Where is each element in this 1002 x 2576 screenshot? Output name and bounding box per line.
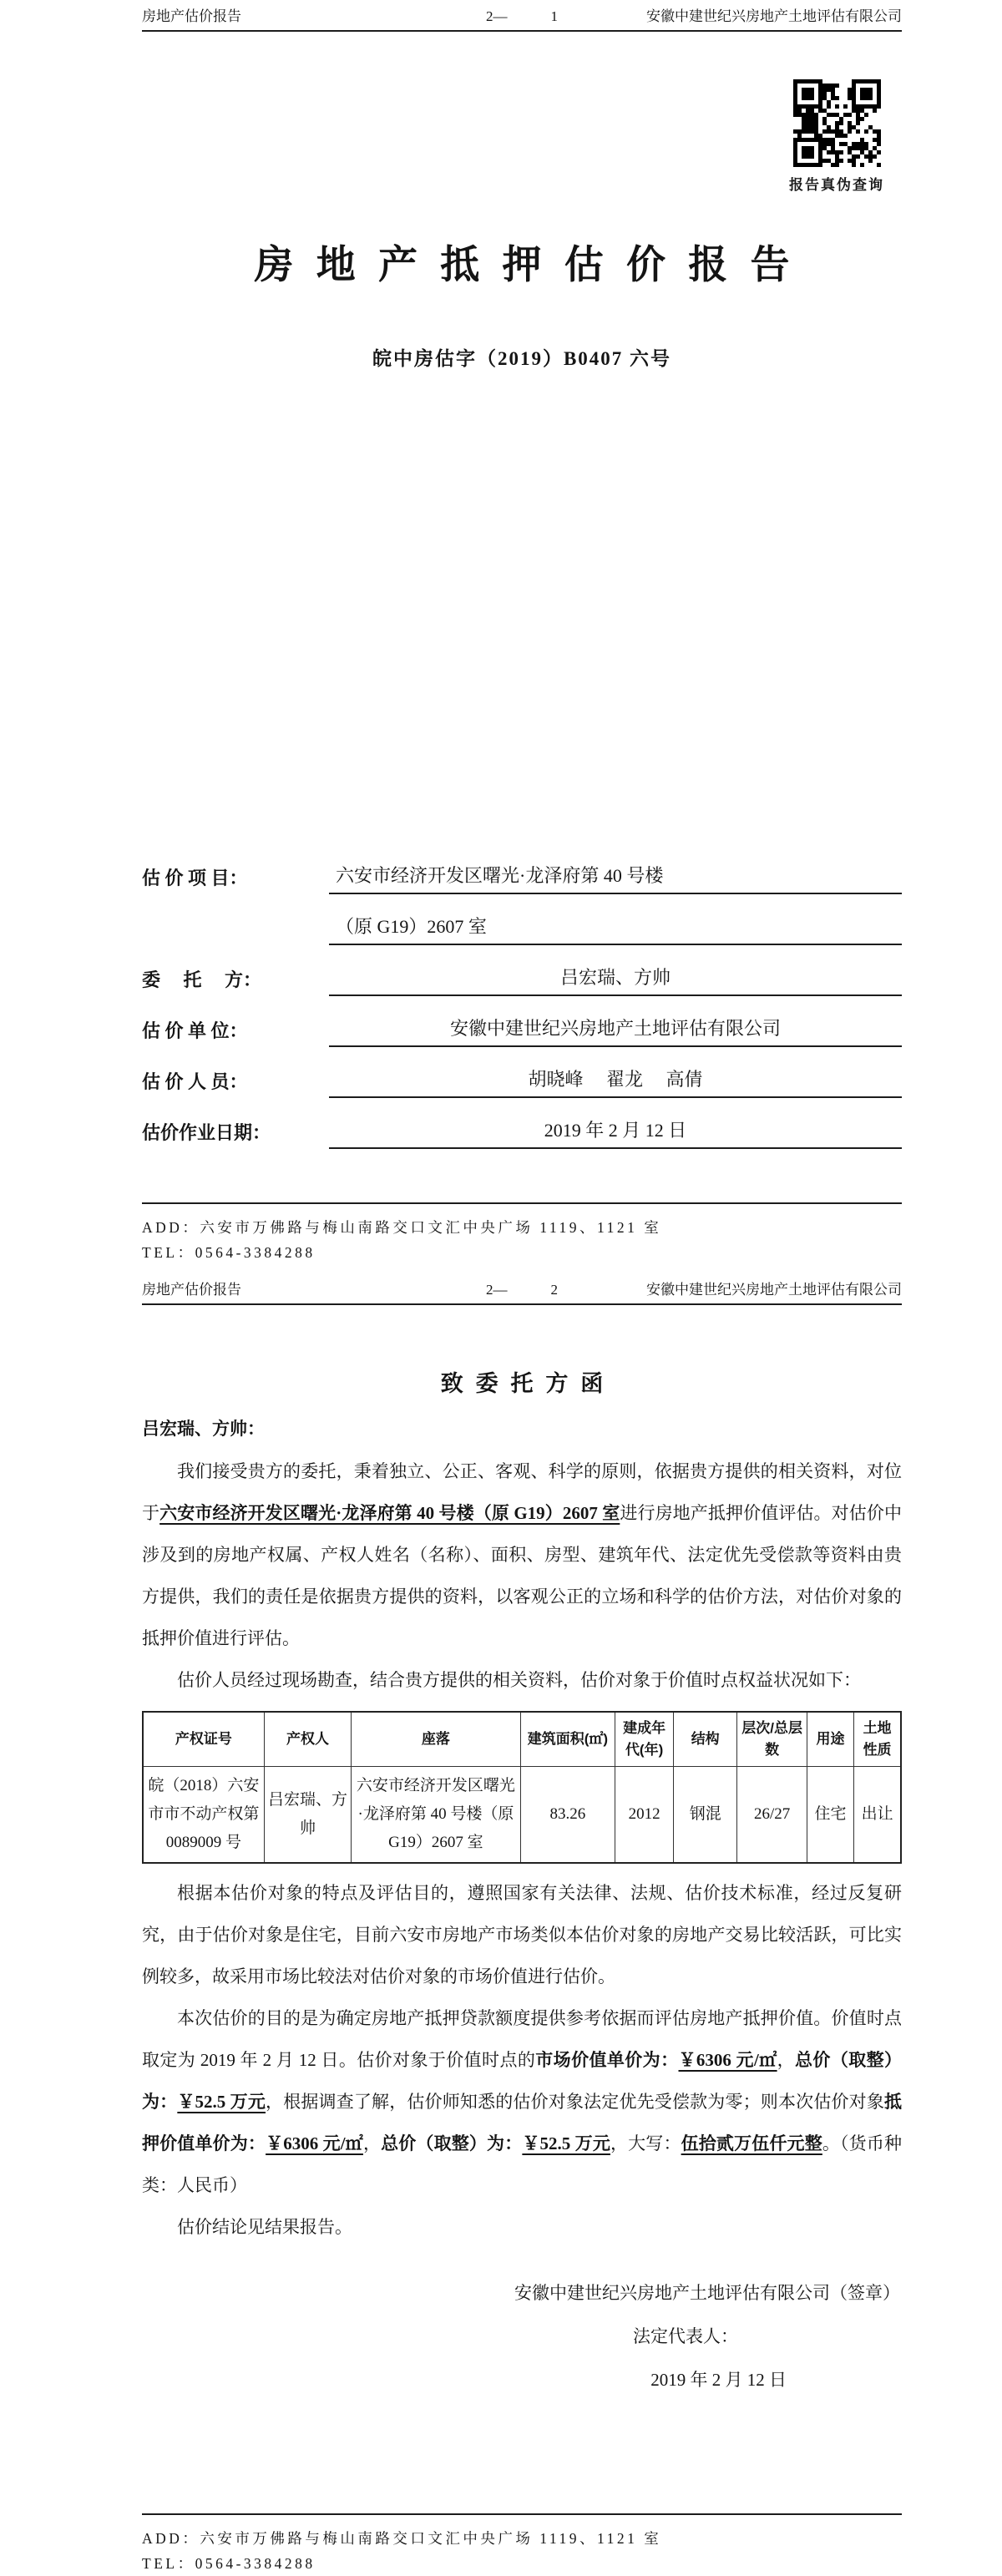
page2-header: 房地产估价报告 2— 2 安徽中建世纪兴房地产土地评估有限公司 [142, 1273, 902, 1305]
header-doc-type: 房地产估价报告 [142, 8, 486, 26]
field-date-label: 估价作业日期： [142, 1119, 329, 1149]
cover-spacer [142, 372, 902, 863]
field-client: 委 托 方： 吕宏瑞、方帅 [142, 965, 902, 996]
col-floor-area: 建筑面积(㎡) [520, 1712, 615, 1767]
cell-land-nature: 出让 [854, 1767, 901, 1864]
page1-footer: ADD：六安市万佛路与梅山南路交口文汇中央广场 1119、1121 室 TEL：… [142, 1202, 902, 1265]
header-doc-type: 房地产估价报告 [142, 1281, 486, 1299]
col-land-nature: 土地性质 [854, 1712, 901, 1767]
page1-header: 房地产估价报告 2— 1 安徽中建世纪兴房地产土地评估有限公司 [142, 0, 902, 32]
report-document: 房地产估价报告 2— 1 安徽中建世纪兴房地产土地评估有限公司 报告真伪查询 房… [0, 0, 1002, 2576]
report-title: 房地产抵押估价报告 [142, 235, 902, 296]
page2-footer: ADD：六安市万佛路与梅山南路交口文汇中央广场 1119、1121 室 TEL：… [142, 2513, 902, 2576]
field-client-value: 吕宏瑞、方帅 [329, 965, 902, 996]
letter-title: 致委托方函 [142, 1369, 902, 1399]
letter-paragraph-3: 根据本估价对象的特点及评估目的，遵照国家有关法律、法规、估价技术标准，经过反复研… [142, 1872, 902, 1997]
header-page-number: 2 [551, 1281, 559, 1299]
cell-structure: 钢混 [674, 1767, 737, 1864]
cell-certificate-no: 皖（2018）六安市市不动产权第 0089009 号 [143, 1767, 264, 1864]
footer-telephone: TEL：0564-3384288 [142, 1240, 902, 1265]
col-floor-of-total: 层次/总层数 [737, 1712, 807, 1767]
col-structure: 结构 [674, 1712, 737, 1767]
report-number: 皖中房估字（2019）B0407 六号 [142, 346, 902, 372]
col-use: 用途 [807, 1712, 853, 1767]
cell-owner: 吕宏瑞、方帅 [264, 1767, 351, 1864]
signature-company: 安徽中建世纪兴房地产土地评估有限公司（签章） [142, 2271, 902, 2315]
field-date-value: 2019 年 2 月 12 日 [329, 1118, 902, 1149]
table-row: 皖（2018）六安市市不动产权第 0089009 号 吕宏瑞、方帅 六安市经济开… [143, 1767, 901, 1864]
field-project-value: 六安市经济开发区曙光·龙泽府第 40 号楼 [329, 863, 902, 894]
footer-address: ADD：六安市万佛路与梅山南路交口文汇中央广场 1119、1121 室 [142, 2526, 902, 2551]
field-project-value2: （原 G19）2607 室 [329, 914, 902, 945]
letter-paragraph-5: 估价结论见结果报告。 [142, 2206, 902, 2248]
header-page-number: 1 [551, 8, 559, 26]
report-verification-block: 报告真伪查询 [782, 79, 892, 194]
cell-floor-area: 83.26 [520, 1767, 615, 1864]
cell-floor-of-total: 26/27 [737, 1767, 807, 1864]
header-company-name: 安徽中建世纪兴房地产土地评估有限公司 [558, 1281, 902, 1299]
table-header-row: 产权证号 产权人 座落 建筑面积(㎡) 建成年代(年) 结构 层次/总层数 用途… [143, 1712, 901, 1767]
signature-block: 安徽中建世纪兴房地产土地评估有限公司（签章） 法定代表人： 2019 年 2 月… [142, 2271, 902, 2401]
cover-fields: 估 价 项 目： 六安市经济开发区曙光·龙泽府第 40 号楼 （原 G19）26… [142, 863, 902, 1149]
footer-address: ADD：六安市万佛路与梅山南路交口文汇中央广场 1119、1121 室 [142, 1215, 902, 1240]
header-company-name: 安徽中建世纪兴房地产土地评估有限公司 [558, 8, 902, 26]
qr-caption: 报告真伪查询 [789, 173, 884, 194]
cell-location: 六安市经济开发区曙光·龙泽府第 40 号楼（原 G19）2607 室 [352, 1767, 520, 1864]
field-project-label: 估 价 项 目： [142, 864, 329, 894]
header-page-indicator: 2— 2 [486, 1281, 558, 1299]
col-year-built: 建成年代(年) [615, 1712, 674, 1767]
property-rights-table: 产权证号 产权人 座落 建筑面积(㎡) 建成年代(年) 结构 层次/总层数 用途… [142, 1711, 902, 1864]
signature-date: 2019 年 2 月 12 日 [142, 2358, 902, 2401]
field-client-label: 委 托 方： [142, 966, 329, 996]
field-appraisers-value: 胡晓峰 翟龙 高倩 [329, 1067, 902, 1098]
field-appraisers: 估 价 人 员： 胡晓峰 翟龙 高倩 [142, 1067, 902, 1098]
qr-code [793, 79, 881, 167]
letter-paragraph-1: 我们接受贵方的委托，秉着独立、公正、客观、科学的原则，依据贵方提供的相关资料，对… [142, 1450, 902, 1659]
signature-legal-representative: 法定代表人： [142, 2315, 902, 2358]
field-agency-value: 安徽中建世纪兴房地产土地评估有限公司 [329, 1016, 902, 1047]
header-page-label: 2— [486, 1281, 508, 1299]
header-page-indicator: 2— 1 [486, 8, 558, 26]
field-date: 估价作业日期： 2019 年 2 月 12 日 [142, 1118, 902, 1149]
field-project-label-spacer [142, 941, 329, 945]
field-project-line2: （原 G19）2607 室 [142, 914, 902, 945]
field-agency: 估 价 单 位： 安徽中建世纪兴房地产土地评估有限公司 [142, 1016, 902, 1047]
cell-year-built: 2012 [615, 1767, 674, 1864]
letter-salutation: 吕宏瑞、方帅： [142, 1417, 902, 1442]
footer-telephone: TEL：0564-3384288 [142, 2551, 902, 2576]
field-appraisers-label: 估 价 人 员： [142, 1068, 329, 1098]
field-project: 估 价 项 目： 六安市经济开发区曙光·龙泽府第 40 号楼 [142, 863, 902, 894]
col-location: 座落 [352, 1712, 520, 1767]
field-agency-label: 估 价 单 位： [142, 1017, 329, 1047]
col-owner: 产权人 [264, 1712, 351, 1767]
letter-paragraph-2: 估价人员经过现场勘查，结合贵方提供的相关资料，估价对象于价值时点权益状况如下： [142, 1659, 902, 1701]
letter-paragraph-4: 本次估价的目的是为确定房地产抵押贷款额度提供参考依据而评估房地产抵押价值。价值时… [142, 1997, 902, 2206]
cell-use: 住宅 [807, 1767, 853, 1864]
header-page-label: 2— [486, 8, 508, 26]
col-certificate-no: 产权证号 [143, 1712, 264, 1767]
